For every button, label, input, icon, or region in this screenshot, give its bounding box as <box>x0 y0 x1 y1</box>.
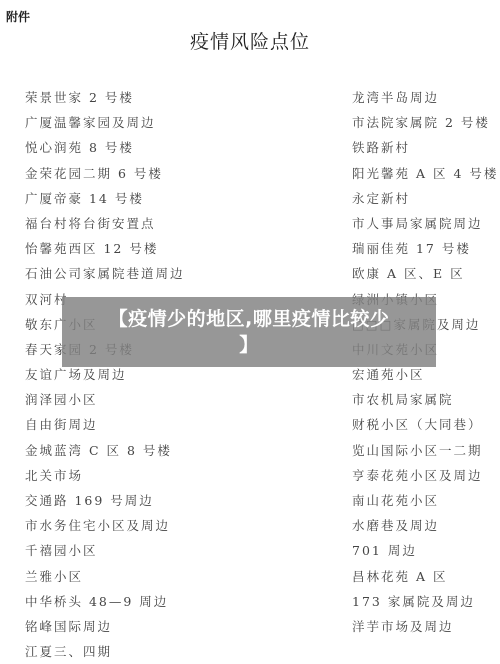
list-item: 悦心润苑 8 号楼 <box>25 135 185 160</box>
list-item: 701 周边 <box>352 538 498 563</box>
headline-line-2: 】 <box>239 332 259 358</box>
list-item: 水磨巷及周边 <box>352 513 498 538</box>
list-item: 金城蓝湾 C 区 8 号楼 <box>25 438 185 463</box>
left-location-list: 荣景世家 2 号楼 广厦温馨家园及周边 悦心润苑 8 号楼 金荣花园二期 6 号… <box>25 85 185 664</box>
list-item: 兰雅小区 <box>25 564 185 589</box>
list-item: 瑞丽佳苑 17 号楼 <box>352 236 498 261</box>
list-item: 交通路 169 号周边 <box>25 488 185 513</box>
list-item: 览山国际小区一二期 <box>352 438 498 463</box>
headline-line-1: 【疫情少的地区,哪里疫情比较少 <box>109 306 390 332</box>
list-item: 173 家属院及周边 <box>352 589 498 614</box>
list-item: 市水务住宅小区及周边 <box>25 513 185 538</box>
list-item: 南山花苑小区 <box>352 488 498 513</box>
document-title: 疫情风险点位 <box>0 27 500 54</box>
list-item: 永定新村 <box>352 186 498 211</box>
list-item: 市人事局家属院周边 <box>352 211 498 236</box>
list-item: 市农机局家属院 <box>352 387 498 412</box>
list-item: 千禧园小区 <box>25 538 185 563</box>
list-item: 荣景世家 2 号楼 <box>25 85 185 110</box>
list-item: 福台村将台街安置点 <box>25 211 185 236</box>
list-item: 广厦温馨家园及周边 <box>25 110 185 135</box>
list-item: 中华桥头 48—9 周边 <box>25 589 185 614</box>
list-item: 铭峰国际周边 <box>25 614 185 639</box>
list-item: 亨泰花苑小区及周边 <box>352 463 498 488</box>
list-item: 自由街周边 <box>25 412 185 437</box>
list-item: 市法院家属院 2 号楼 <box>352 110 498 135</box>
list-item: 石油公司家属院巷道周边 <box>25 261 185 286</box>
list-item: 北关市场 <box>25 463 185 488</box>
list-item: 江夏三、四期 <box>25 639 185 664</box>
list-item: 广厦帝豪 14 号楼 <box>25 186 185 211</box>
list-item: 龙湾半岛周边 <box>352 85 498 110</box>
list-item: 阳光馨苑 A 区 4 号楼 <box>352 161 498 186</box>
list-item: 润泽园小区 <box>25 387 185 412</box>
list-item: 铁路新村 <box>352 135 498 160</box>
list-item: 欧康 A 区、E 区 <box>352 261 498 286</box>
list-item: 昌林花苑 A 区 <box>352 564 498 589</box>
list-item: 洋芋市场及周边 <box>352 614 498 639</box>
headline-overlay-banner: 【疫情少的地区,哪里疫情比较少 】 <box>62 297 436 367</box>
list-item: 怡馨苑西区 12 号楼 <box>25 236 185 261</box>
list-item: 金荣花园二期 6 号楼 <box>25 161 185 186</box>
attachment-label: 附件 <box>6 8 30 25</box>
list-item: 财税小区（大同巷） <box>352 412 498 437</box>
